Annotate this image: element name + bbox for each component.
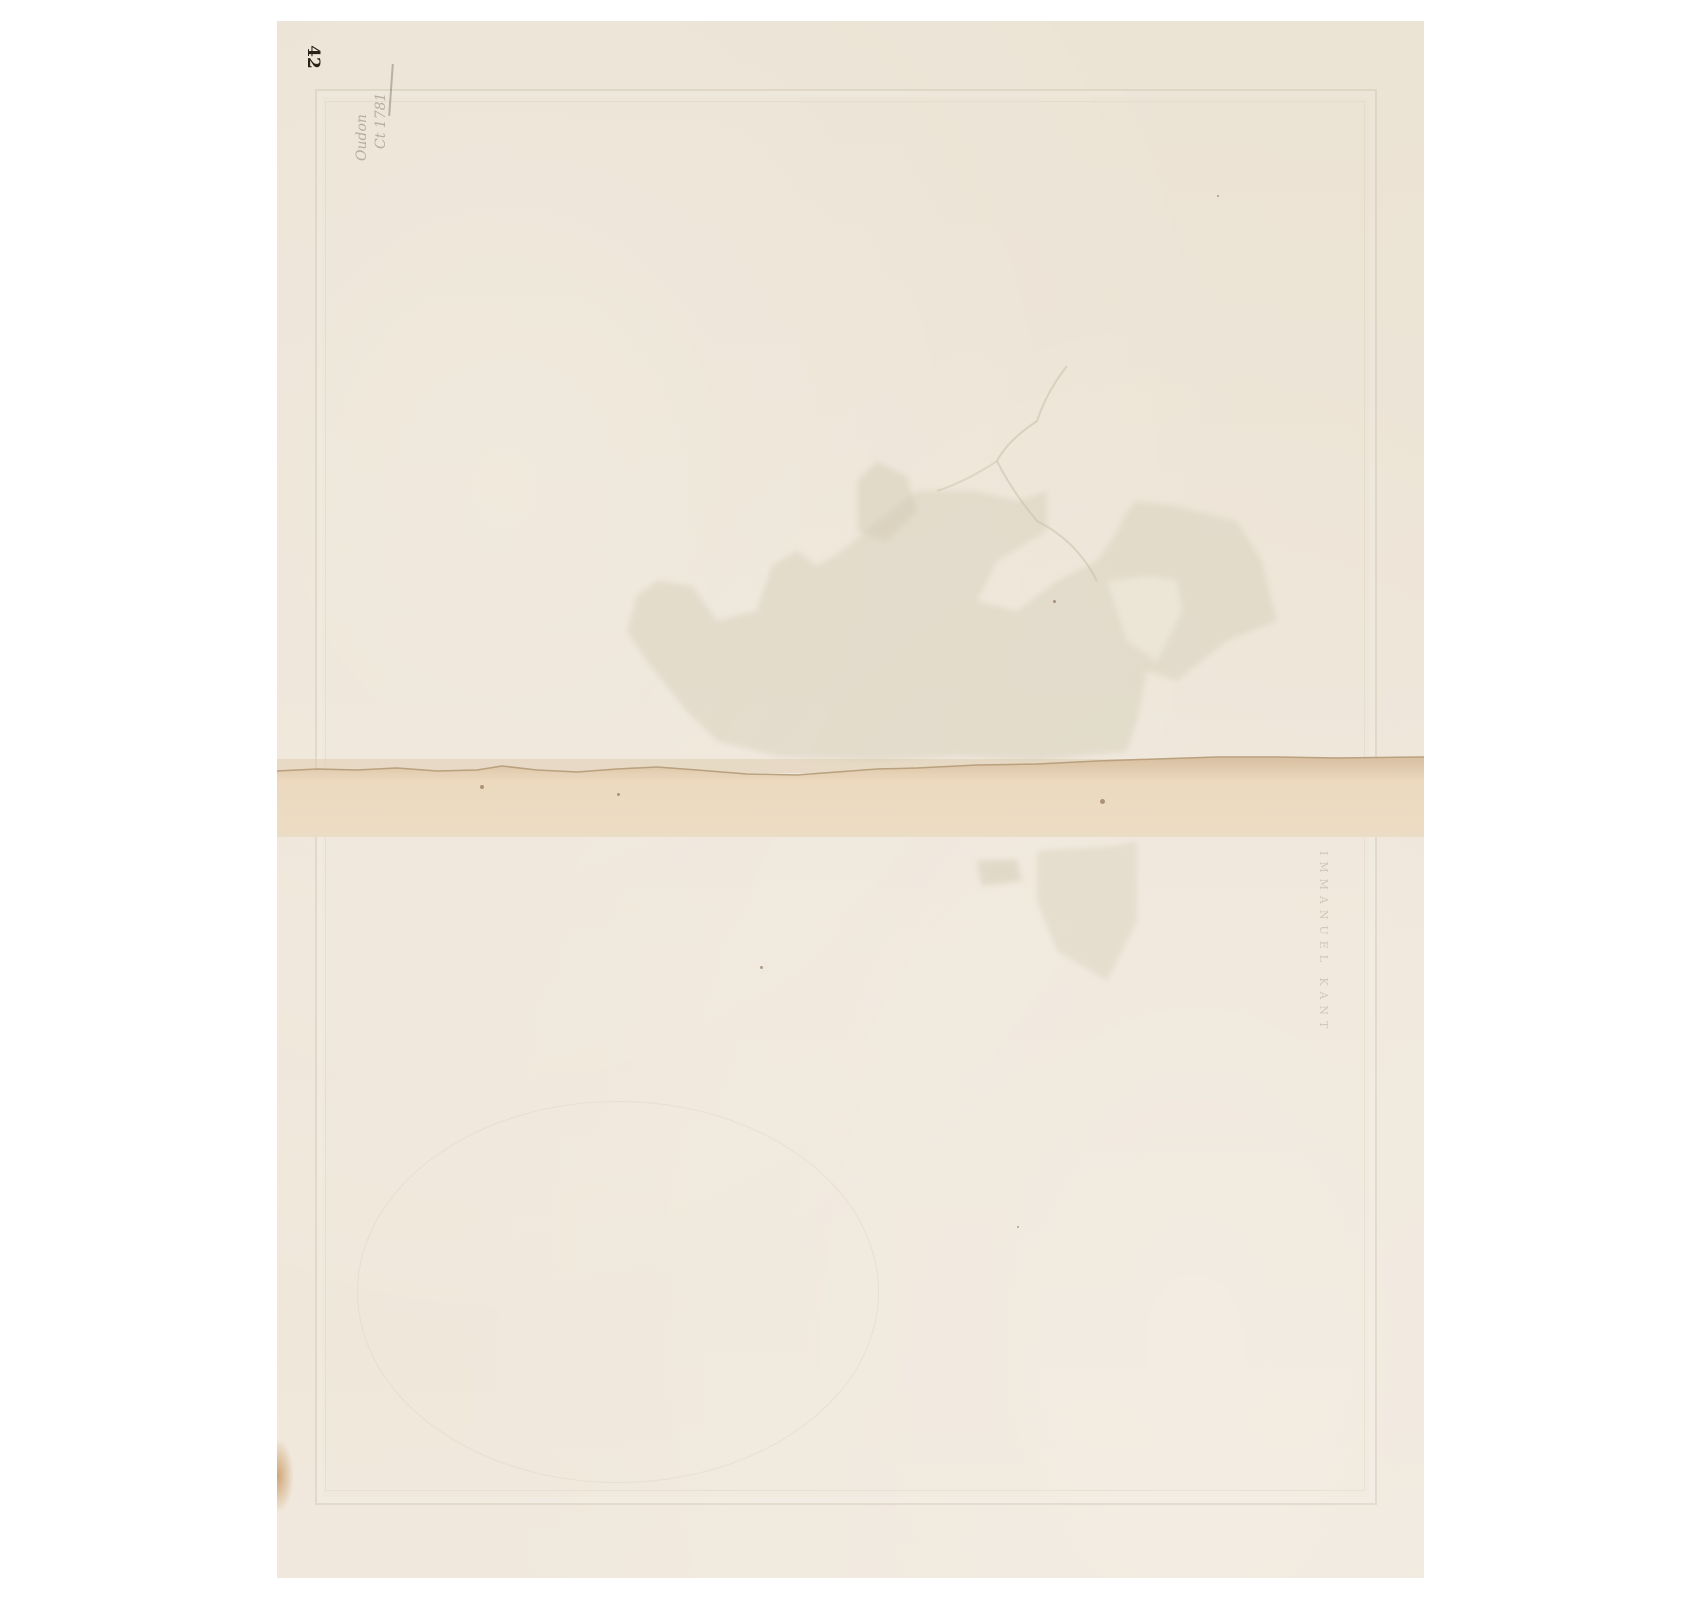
page-number: 42 <box>303 45 323 69</box>
show-through-image <box>357 1101 879 1483</box>
show-through-margin-text: IMMANUEL KANT <box>1317 851 1330 1034</box>
edge-stain <box>277 1441 293 1511</box>
foxing-spot <box>1217 195 1219 197</box>
foxing-spot <box>480 785 484 789</box>
foxing-spot <box>1017 1226 1019 1228</box>
pencil-annotation-name: Oudon <box>354 114 370 161</box>
foxing-spot <box>617 793 620 796</box>
pencil-annotation-date: Ct 1781 <box>373 93 389 149</box>
foxing-spot <box>1100 799 1105 804</box>
foxing-spot <box>760 966 763 969</box>
foxing-spot <box>1053 600 1056 603</box>
paper-sheet: 42 Oudon Ct 1781 IMMANUEL KANT <box>277 21 1424 1578</box>
